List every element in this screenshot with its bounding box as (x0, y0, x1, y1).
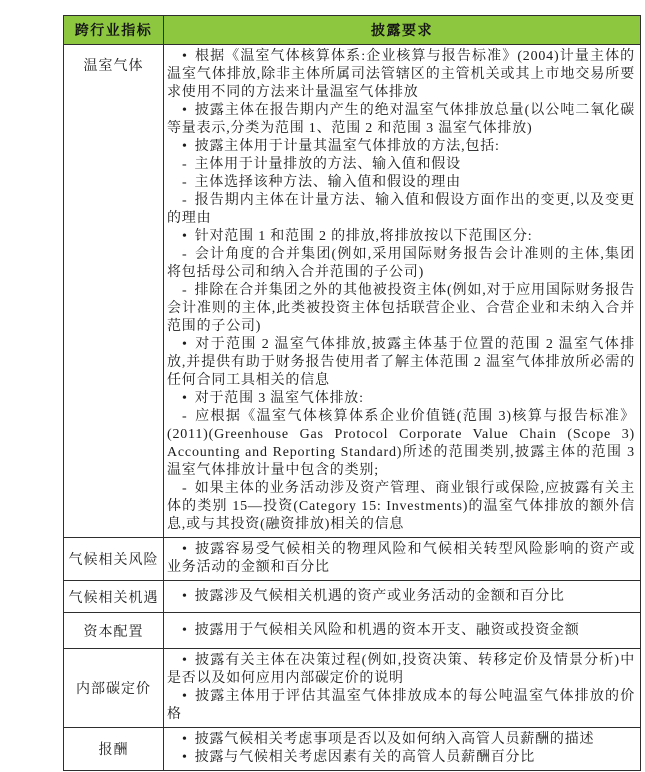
table-row-capital-deployment: 资本配置 •披露用于气候相关风险和机遇的资本开支、融资或投资金额 (64, 613, 641, 649)
bullet-marker: • (182, 689, 188, 704)
item-text: 主体选择该种方法、输入值和假设的理由 (194, 175, 460, 190)
bullet-marker: • (182, 391, 188, 406)
dash-marker: - (182, 481, 187, 496)
dash-marker: - (182, 409, 187, 424)
table-row-greenhouse-gas: 温室气体 •根据《温室气体核算体系:企业核算与报告标准》(2004)计量主体的温… (64, 45, 641, 538)
table-row-remuneration: 报酬 •披露气候相关考虑事项是否以及如何纳入高管人员薪酬的描述 •披露与气候相关… (64, 728, 641, 771)
indicator-label: 资本配置 (84, 625, 144, 640)
bullet-marker: • (182, 623, 188, 638)
list-item: •披露主体在报告期内产生的绝对温室气体排放总量(以公吨二氧化碳等量表示,分类为范… (167, 102, 635, 138)
bullet-marker: • (182, 542, 188, 557)
item-text: 对于范围 3 温室气体排放: (195, 391, 364, 406)
table-header-row: 跨行业指标 披露要求 (64, 16, 641, 45)
list-item: -会计角度的合并集团(例如,采用国际财务报告会计准则的主体,集团将包括母公司和纳… (167, 246, 635, 282)
indicator-cell: 内部碳定价 (64, 649, 164, 728)
header-cell-requirement: 披露要求 (164, 16, 641, 45)
list-item: •根据《温室气体核算体系:企业核算与报告标准》(2004)计量主体的温室气体排放… (167, 48, 635, 102)
indicator-label: 气候相关机遇 (69, 591, 159, 606)
item-text: 披露容易受气候相关的物理风险和气候相关转型风险影响的资产或业务活动的金额和百分比 (167, 542, 635, 575)
list-item: •披露与气候相关考虑因素有关的高管人员薪酬百分比 (167, 749, 635, 767)
item-text: 如果主体的业务活动涉及资产管理、商业银行或保险,应披露有关主体的类别 15—投资… (167, 481, 635, 532)
bullet-marker: • (182, 139, 188, 154)
bullet-marker: • (182, 589, 188, 604)
requirement-cell: •披露用于气候相关风险和机遇的资本开支、融资或投资金额 (164, 613, 641, 649)
item-text: 主体用于计量排放的方法、输入值和假设 (194, 157, 460, 172)
list-item: -如果主体的业务活动涉及资产管理、商业银行或保险,应披露有关主体的类别 15—投… (167, 480, 635, 534)
list-item: •披露涉及气候相关机遇的资产或业务活动的金额和百分比 (167, 588, 635, 606)
dash-marker: - (182, 283, 187, 298)
item-text: 针对范围 1 和范围 2 的排放,将排放按以下范围区分: (195, 229, 533, 244)
list-item: -主体用于计量排放的方法、输入值和假设 (167, 156, 635, 174)
requirement-cell: •根据《温室气体核算体系:企业核算与报告标准》(2004)计量主体的温室气体排放… (164, 45, 641, 538)
bullet-marker: • (182, 732, 188, 747)
bullet-marker: • (182, 103, 188, 118)
item-text: 披露主体用于评估其温室气体排放成本的每公吨温室气体排放的价格 (167, 689, 635, 722)
requirement-cell: •披露容易受气候相关的物理风险和气候相关转型风险影响的资产或业务活动的金额和百分… (164, 538, 641, 581)
table-row-internal-carbon-price: 内部碳定价 •披露有关主体在决策过程(例如,投资决策、转移定价及情景分析)中是否… (64, 649, 641, 728)
item-text: 披露主体用于计量其温室气体排放的方法,包括: (195, 139, 500, 154)
bullet-marker: • (182, 49, 188, 64)
requirement-cell: •披露有关主体在决策过程(例如,投资决策、转移定价及情景分析)中是否以及如何应用… (164, 649, 641, 728)
bullet-marker: • (182, 750, 188, 765)
item-text: 根据《温室气体核算体系:企业核算与报告标准》(2004)计量主体的温室气体排放,… (167, 49, 635, 100)
indicator-cell: 气候相关风险 (64, 538, 164, 581)
item-text: 对于范围 2 温室气体排放,披露主体基于位置的范围 2 温室气体排放,并提供有助… (167, 337, 635, 388)
item-text: 应根据《温室气体核算体系企业价值链(范围 3)核算与报告标准》(2011)(Gr… (167, 409, 635, 478)
list-item: -主体选择该种方法、输入值和假设的理由 (167, 174, 635, 192)
bullet-marker: • (182, 653, 188, 668)
list-item: •对于范围 3 温室气体排放: (167, 390, 635, 408)
disclosure-requirements-table: 跨行业指标 披露要求 温室气体 •根据《温室气体核算体系:企业核算与报告标准》(… (63, 15, 641, 771)
item-text: 披露主体在报告期内产生的绝对温室气体排放总量(以公吨二氧化碳等量表示,分类为范围… (167, 103, 635, 136)
list-item: -应根据《温室气体核算体系企业价值链(范围 3)核算与报告标准》(2011)(G… (167, 408, 635, 480)
item-text: 报告期内主体在计量方法、输入值和假设方面作出的变更,以及变更的理由 (167, 193, 635, 226)
indicator-cell: 报酬 (64, 728, 164, 771)
list-item: -报告期内主体在计量方法、输入值和假设方面作出的变更,以及变更的理由 (167, 192, 635, 228)
list-item: •披露气候相关考虑事项是否以及如何纳入高管人员薪酬的描述 (167, 731, 635, 749)
item-text: 披露用于气候相关风险和机遇的资本开支、融资或投资金额 (195, 623, 580, 638)
list-item: •披露主体用于评估其温室气体排放成本的每公吨温室气体排放的价格 (167, 688, 635, 724)
list-item: •披露容易受气候相关的物理风险和气候相关转型风险影响的资产或业务活动的金额和百分… (167, 541, 635, 577)
dash-marker: - (182, 175, 187, 190)
bullet-marker: • (182, 337, 188, 352)
item-text: 披露有关主体在决策过程(例如,投资决策、转移定价及情景分析)中是否以及如何应用内… (167, 653, 635, 686)
item-text: 会计角度的合并集团(例如,采用国际财务报告会计准则的主体,集团将包括母公司和纳入… (167, 247, 635, 280)
list-item: -排除在合并集团之外的其他被投资主体(例如,对于应用国际财务报告会计准则的主体,… (167, 282, 635, 336)
table-row-climate-risk: 气候相关风险 •披露容易受气候相关的物理风险和气候相关转型风险影响的资产或业务活… (64, 538, 641, 581)
indicator-cell: 气候相关机遇 (64, 581, 164, 613)
list-item: •披露主体用于计量其温室气体排放的方法,包括: (167, 138, 635, 156)
dash-marker: - (182, 193, 187, 208)
list-item: •披露用于气候相关风险和机遇的资本开支、融资或投资金额 (167, 622, 635, 640)
indicator-label: 温室气体 (84, 59, 144, 74)
dash-marker: - (182, 247, 187, 262)
item-text: 披露涉及气候相关机遇的资产或业务活动的金额和百分比 (195, 589, 565, 604)
dash-marker: - (182, 157, 187, 172)
table-row-climate-opportunity: 气候相关机遇 •披露涉及气候相关机遇的资产或业务活动的金额和百分比 (64, 581, 641, 613)
bullet-marker: • (182, 229, 188, 244)
item-text: 披露气候相关考虑事项是否以及如何纳入高管人员薪酬的描述 (195, 732, 595, 747)
item-text: 披露与气候相关考虑因素有关的高管人员薪酬百分比 (195, 750, 535, 765)
header-cell-indicator: 跨行业指标 (64, 16, 164, 45)
indicator-label: 气候相关风险 (69, 553, 159, 568)
list-item: •对于范围 2 温室气体排放,披露主体基于位置的范围 2 温室气体排放,并提供有… (167, 336, 635, 390)
indicator-cell: 资本配置 (64, 613, 164, 649)
requirement-cell: •披露气候相关考虑事项是否以及如何纳入高管人员薪酬的描述 •披露与气候相关考虑因… (164, 728, 641, 771)
indicator-cell: 温室气体 (64, 45, 164, 538)
requirement-cell: •披露涉及气候相关机遇的资产或业务活动的金额和百分比 (164, 581, 641, 613)
item-text: 排除在合并集团之外的其他被投资主体(例如,对于应用国际财务报告会计准则的主体,此… (167, 283, 635, 334)
list-item: •针对范围 1 和范围 2 的排放,将排放按以下范围区分: (167, 228, 635, 246)
document-page: 跨行业指标 披露要求 温室气体 •根据《温室气体核算体系:企业核算与报告标准》(… (63, 15, 641, 771)
indicator-label: 报酬 (99, 743, 129, 758)
list-item: •披露有关主体在决策过程(例如,投资决策、转移定价及情景分析)中是否以及如何应用… (167, 652, 635, 688)
indicator-label: 内部碳定价 (76, 682, 151, 697)
